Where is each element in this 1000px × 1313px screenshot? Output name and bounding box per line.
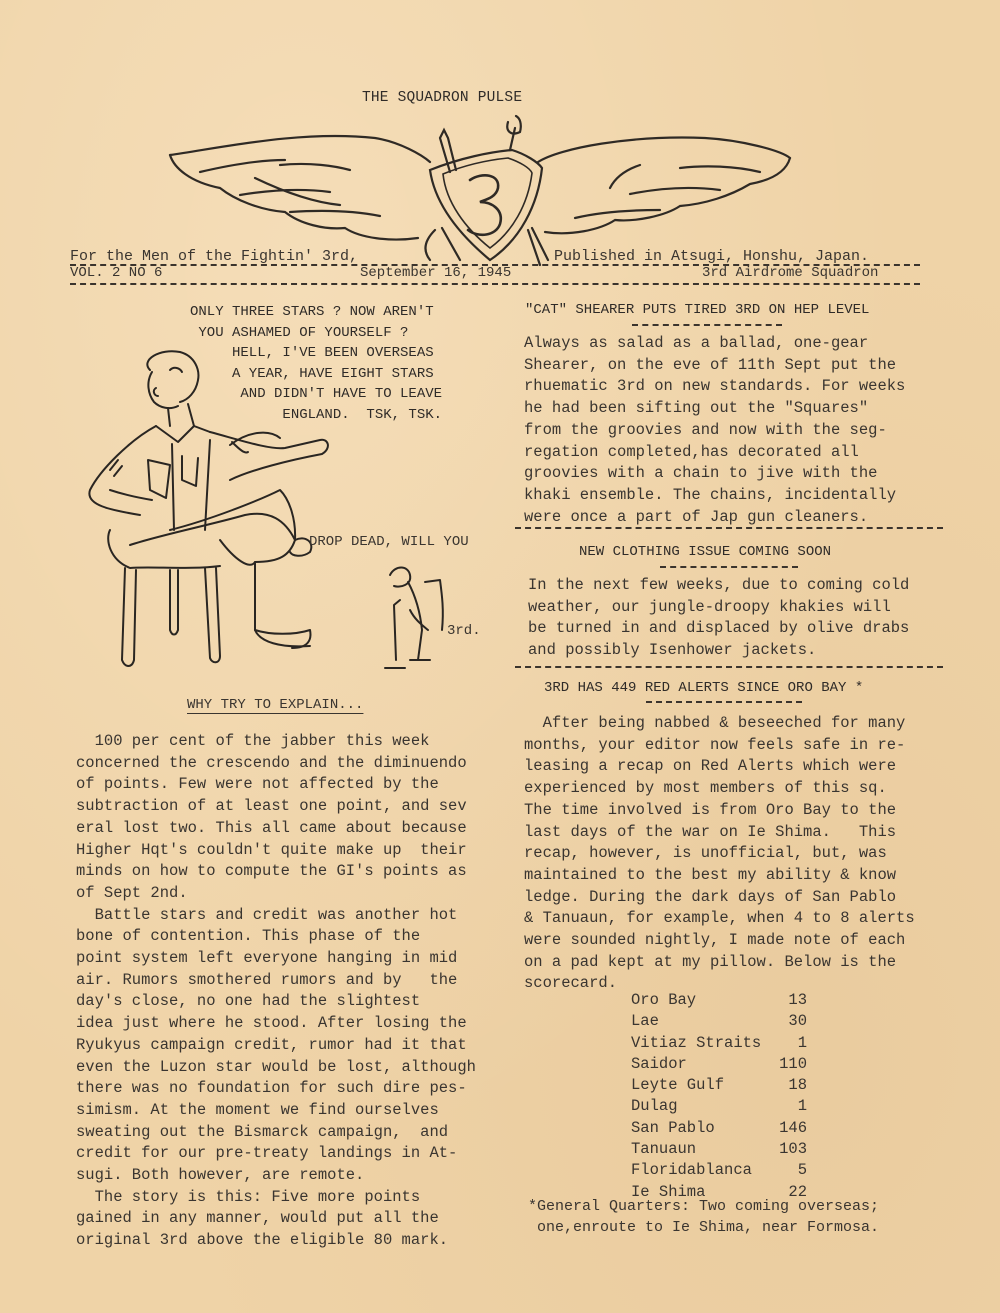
scorecard-count: 1: [798, 1096, 807, 1117]
article-headline-clothing: NEW CLOTHING ISSUE COMING SOON: [579, 544, 831, 560]
scorecard-row: Dulag1: [631, 1096, 807, 1117]
cartoon-seated-soldier-illustration-icon: [70, 330, 520, 700]
masthead-rule-bottom: [70, 283, 920, 285]
scorecard-count: 13: [788, 990, 807, 1011]
article-body-cat-shearer: Always as salad as a ballad, one-gear Sh…: [524, 333, 905, 528]
scorecard-count: 5: [798, 1160, 807, 1181]
section-divider: [515, 527, 943, 529]
scorecard-count: 18: [788, 1075, 807, 1096]
article-body-clothing: In the next few weeks, due to coming col…: [528, 575, 909, 662]
scorecard-count: 30: [788, 1011, 807, 1032]
scorecard-row: Vitiaz Straits1: [631, 1033, 807, 1054]
scorecard-row: San Pablo146: [631, 1118, 807, 1139]
scorecard-count: 146: [779, 1118, 807, 1139]
newsletter-title: THE SQUADRON PULSE: [362, 90, 522, 106]
scorecard-place: Leyte Gulf: [631, 1075, 724, 1096]
scorecard-count: 103: [779, 1139, 807, 1160]
headline-underline: [660, 566, 798, 568]
cartoon-speech-small: DROP DEAD, WILL YOU: [309, 534, 469, 550]
article-body-red-alerts: After being nabbed & beseeched for many …: [524, 713, 915, 995]
headline-underline: [646, 701, 802, 703]
scorecard-row: Floridablanca5: [631, 1160, 807, 1181]
scorecard-row: Oro Bay13: [631, 990, 807, 1011]
scorecard-place: Floridablanca: [631, 1160, 752, 1181]
cartoon-figure-label: 3rd.: [447, 623, 481, 639]
article-headline-why-try: WHY TRY TO EXPLAIN...: [187, 697, 363, 713]
article-headline-red-alerts: 3RD HAS 449 RED ALERTS SINCE ORO BAY *: [544, 680, 863, 696]
scorecard-place: Dulag: [631, 1096, 678, 1117]
scorecard-place: Tanuaun: [631, 1139, 696, 1160]
scorecard-place: Oro Bay: [631, 990, 696, 1011]
scorecard-place: Vitiaz Straits: [631, 1033, 761, 1054]
headline-underline: [632, 324, 782, 326]
red-alerts-footnote: *General Quarters: Two coming overseas; …: [528, 1196, 879, 1238]
section-divider: [515, 666, 943, 668]
red-alerts-scorecard: Oro Bay13Lae30Vitiaz Straits1Saidor110Le…: [631, 990, 807, 1203]
winged-shield-3-emblem-icon: [160, 110, 800, 270]
unit-name: 3rd Airdrome Squadron: [702, 265, 878, 281]
scorecard-row: Tanuaun103: [631, 1139, 807, 1160]
article-body-why-try: 100 per cent of the jabber this week con…: [76, 731, 476, 1252]
volume-number: VOL. 2 NO 6: [70, 265, 162, 281]
scorecard-place: Lae: [631, 1011, 659, 1032]
tagline-audience: For the Men of the Fightin' 3rd,: [70, 248, 358, 265]
issue-date: September 16, 1945: [360, 265, 511, 281]
scorecard-place: Saidor: [631, 1054, 687, 1075]
article-headline-cat-shearer: "CAT" SHEARER PUTS TIRED 3RD ON HEP LEVE…: [525, 302, 869, 318]
tagline-publication-place: Published in Atsugi, Honshu, Japan.: [554, 248, 869, 265]
scorecard-place: San Pablo: [631, 1118, 715, 1139]
scorecard-row: Saidor110: [631, 1054, 807, 1075]
scorecard-count: 1: [798, 1033, 807, 1054]
scorecard-count: 110: [779, 1054, 807, 1075]
scorecard-row: Lae30: [631, 1011, 807, 1032]
scorecard-row: Leyte Gulf18: [631, 1075, 807, 1096]
